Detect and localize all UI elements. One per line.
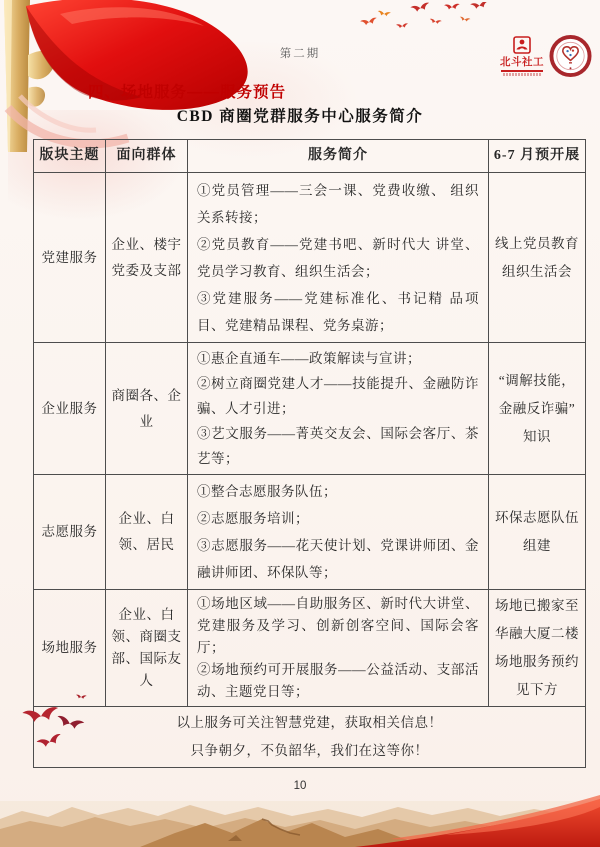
services-cell: ①场地区域——自助服务区、新时代大讲堂、党建服务及学习、创新创客空间、国际会客厅… bbox=[188, 590, 489, 707]
theme-cell: 场地服务 bbox=[34, 590, 106, 707]
beidou-logo: 北斗社工 bbox=[500, 36, 544, 76]
col-header-upcoming: 6-7 月预开展 bbox=[489, 140, 586, 173]
beidou-logo-label: 北斗社工 bbox=[500, 54, 544, 69]
flag-icon bbox=[0, 0, 272, 152]
col-header-audience: 面向群体 bbox=[106, 140, 188, 173]
service-item: ②志愿服务培训； bbox=[197, 505, 479, 532]
theme-cell: 志愿服务 bbox=[34, 475, 106, 590]
upcoming-cell: 环保志愿队伍组建 bbox=[489, 475, 586, 590]
footer-note-line: 以上服务可关注智慧党建，获取相关信息！ bbox=[38, 709, 581, 737]
table-row: 志愿服务 企业、白领、居民 ①整合志愿服务队伍； ②志愿服务培训； ③志愿服务—… bbox=[34, 475, 586, 590]
service-item: ③志愿服务——花天使计划、党课讲师团、金融讲师团、环保队等； bbox=[197, 532, 479, 586]
beidou-logo-tagline bbox=[503, 73, 541, 76]
upcoming-cell: 线上党员教育组织生活会 bbox=[489, 173, 586, 343]
beidou-logo-rule bbox=[501, 70, 543, 72]
services-cell: ①整合志愿服务队伍； ②志愿服务培训； ③志愿服务——花天使计划、党课讲师团、金… bbox=[188, 475, 489, 590]
col-header-theme: 版块主题 bbox=[34, 140, 106, 173]
service-item: ②场地预约可开展服务——公益活动、支部活动、主题党日等； bbox=[197, 659, 479, 703]
service-item: ③党建服务——党建标准化、书记精 品项目、党建精品课程、党务桌游； bbox=[197, 285, 479, 339]
table-header-row: 版块主题 面向群体 服务简介 6-7 月预开展 bbox=[34, 140, 586, 173]
table-row: 党建服务 企业、楼宇党委及支部 ①党员管理——三会一课、党费收缴、 组织关系转接… bbox=[34, 173, 586, 343]
services-cell: ①惠企直通车——政策解读与宣讲； ②树立商圈党建人才——技能提升、金融防诈骗、人… bbox=[188, 343, 489, 475]
flag-decoration bbox=[0, 0, 272, 152]
services-cell: ①党员管理——三会一课、党费收缴、 组织关系转接； ②党员教育——党建书吧、新时… bbox=[188, 173, 489, 343]
page-number: 10 bbox=[0, 780, 600, 792]
dove-icon bbox=[358, 2, 493, 46]
pillar-icon bbox=[4, 0, 30, 152]
seal-logo-icon bbox=[549, 34, 592, 78]
service-item: ②树立商圈党建人才——技能提升、金融防诈骗、人才引进； bbox=[197, 371, 479, 421]
upcoming-cell: 场地已搬家至华融大厦二楼场地服务预约见下方 bbox=[489, 590, 586, 707]
great-wall-icon bbox=[0, 785, 600, 847]
upcoming-cell: “调解技能，金融反诈骗”知识 bbox=[489, 343, 586, 475]
logo-group: 北斗社工 bbox=[500, 30, 592, 82]
audience-cell: 企业、楼宇党委及支部 bbox=[106, 173, 188, 343]
service-item: ①党员管理——三会一课、党费收缴、 组织关系转接； bbox=[197, 177, 479, 231]
theme-cell: 党建服务 bbox=[34, 173, 106, 343]
col-header-services: 服务简介 bbox=[188, 140, 489, 173]
beidou-person-icon bbox=[513, 36, 531, 54]
audience-cell: 商圈各、企业 bbox=[106, 343, 188, 475]
table-row: 场地服务 企业、白领、商圈支部、国际友人 ①场地区域——自助服务区、新时代大讲堂… bbox=[34, 590, 586, 707]
table-footer-cell: 以上服务可关注智慧党建，获取相关信息！ 只争朝夕，不负韶华，我们在这等你！ bbox=[34, 707, 586, 768]
landscape-decoration bbox=[0, 785, 600, 847]
doves-decoration bbox=[358, 2, 493, 46]
footer-slogan-line: 只争朝夕，不负韶华，我们在这等你！ bbox=[38, 737, 581, 765]
table-footer-row: 以上服务可关注智慧党建，获取相关信息！ 只争朝夕，不负韶华，我们在这等你！ bbox=[34, 707, 586, 768]
section-heading: 四、场地服务——服务预告 bbox=[88, 80, 286, 102]
service-item: ①整合志愿服务队伍； bbox=[197, 478, 479, 505]
services-table: 版块主题 面向群体 服务简介 6-7 月预开展 党建服务 企业、楼宇党委及支部 … bbox=[33, 139, 586, 768]
page-title: CBD 商圈党群服务中心服务简介 bbox=[0, 104, 600, 126]
service-item: ③艺文服务——菁英交友会、国际会客厅、茶艺等； bbox=[197, 421, 479, 471]
service-item: ①场地区域——自助服务区、新时代大讲堂、党建服务及学习、创新创客空间、国际会客厅… bbox=[197, 593, 479, 659]
service-item: ②党员教育——党建书吧、新时代大 讲堂、党员学习教育、组织生活会； bbox=[197, 231, 479, 285]
audience-cell: 企业、白领、商圈支部、国际友人 bbox=[106, 590, 188, 707]
newsletter-page: { "page": { "issue_label": "第二期", "page_… bbox=[0, 0, 600, 847]
service-item: ①惠企直通车——政策解读与宣讲； bbox=[197, 346, 479, 371]
table-row: 企业服务 商圈各、企业 ①惠企直通车——政策解读与宣讲； ②树立商圈党建人才——… bbox=[34, 343, 586, 475]
theme-cell: 企业服务 bbox=[34, 343, 106, 475]
audience-cell: 企业、白领、居民 bbox=[106, 475, 188, 590]
